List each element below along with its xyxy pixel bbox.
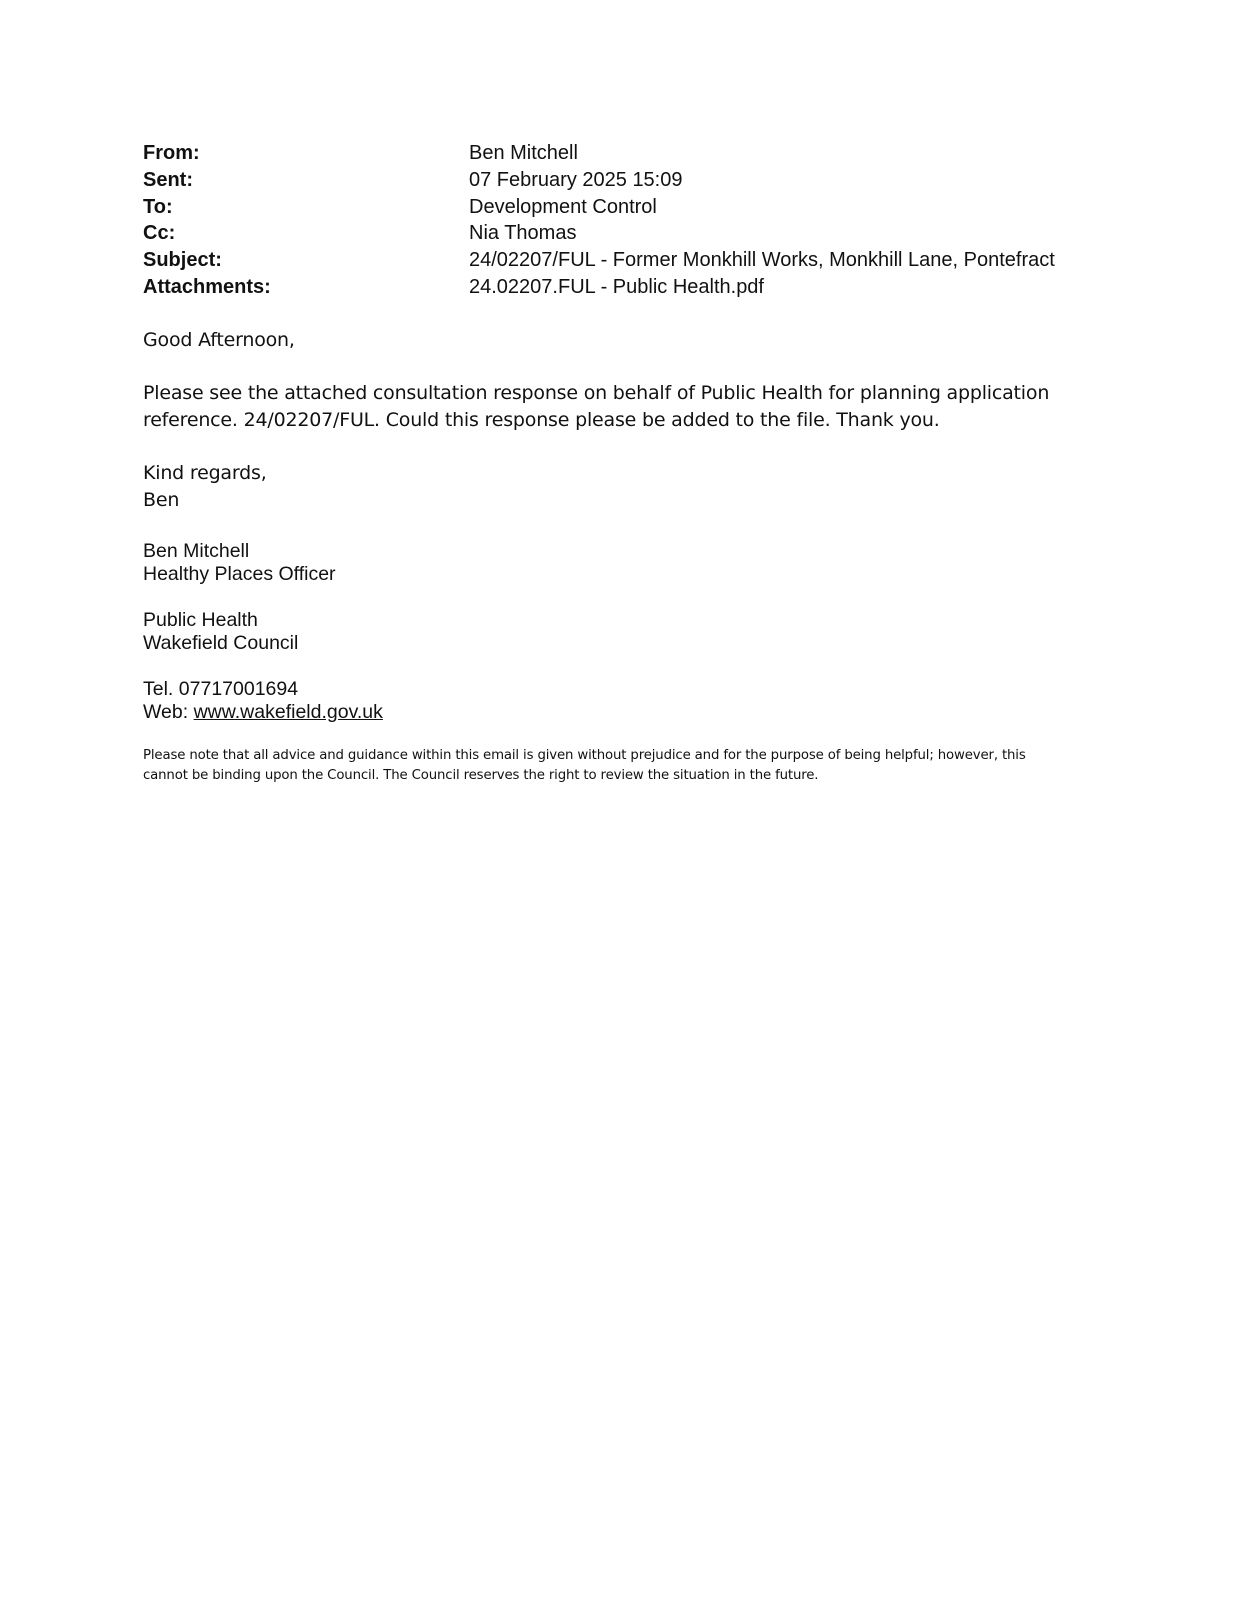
header-value: Development Control [469, 194, 657, 221]
signature-tel: Tel. 07717001694 [143, 678, 1083, 701]
tel-number: 07717001694 [179, 678, 298, 700]
signature-title: Healthy Places Officer [143, 563, 1083, 586]
closing-line: Kind regards, [143, 460, 1083, 487]
header-label: Sent: [143, 167, 469, 194]
greeting: Good Afternoon, [143, 327, 1083, 354]
body-paragraph: Please see the attached consultation res… [143, 380, 1083, 434]
header-attachments: Attachments: 24.02207.FUL - Public Healt… [143, 274, 1083, 301]
header-value: 24/02207/FUL - Former Monkhill Works, Mo… [469, 247, 1055, 274]
signature-web: Web: www.wakefield.gov.uk [143, 701, 1083, 724]
signature-organisation: Wakefield Council [143, 632, 1083, 655]
signature: Ben Mitchell Healthy Places Officer Publ… [143, 540, 1083, 724]
attachment-filename[interactable]: 24.02207.FUL - Public Health.pdf [469, 274, 764, 301]
header-sent: Sent: 07 February 2025 15:09 [143, 167, 1083, 194]
header-value: 07 February 2025 15:09 [469, 167, 683, 194]
header-label: Attachments: [143, 274, 469, 301]
closing: Kind regards, Ben [143, 460, 1083, 514]
closing-name: Ben [143, 487, 1083, 514]
signature-department: Public Health [143, 609, 1083, 632]
tel-label: Tel. [143, 678, 173, 700]
email-document: From: Ben Mitchell Sent: 07 February 202… [143, 140, 1083, 786]
header-subject: Subject: 24/02207/FUL - Former Monkhill … [143, 247, 1083, 274]
web-label: Web: [143, 701, 188, 723]
disclaimer: Please note that all advice and guidance… [143, 746, 1073, 786]
header-to: To: Development Control [143, 194, 1083, 221]
header-from: From: Ben Mitchell [143, 140, 1083, 167]
signature-name: Ben Mitchell [143, 540, 1083, 563]
email-header: From: Ben Mitchell Sent: 07 February 202… [143, 140, 1083, 301]
header-label: From: [143, 140, 469, 167]
header-label: Subject: [143, 247, 469, 274]
website-link[interactable]: www.wakefield.gov.uk [194, 701, 383, 723]
header-label: To: [143, 194, 469, 221]
header-label: Cc: [143, 220, 469, 247]
header-cc: Cc: Nia Thomas [143, 220, 1083, 247]
header-value: Ben Mitchell [469, 140, 578, 167]
header-value: Nia Thomas [469, 220, 576, 247]
